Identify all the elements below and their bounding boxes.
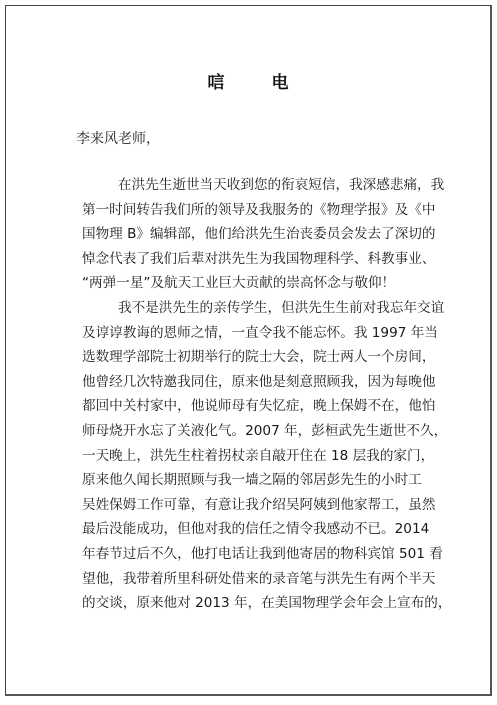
- letter-body: 在洪先生逝世当天收到您的衔哀短信，我深感悲痛，我第一时间转告我们所的领导及我服务…: [82, 173, 412, 616]
- body-line: 望他，我带着所里科研处借来的录音笔与洪先生有两个半天: [82, 567, 412, 592]
- body-line: 我不是洪先生的亲传学生，但洪先生生前对我忘年交谊: [82, 296, 412, 321]
- document-page: 唁 电 李来风老师， 在洪先生逝世当天收到您的衔哀短信，我深感悲痛，我第一时间转…: [5, 5, 492, 696]
- body-line: 第一时间转告我们所的领导及我服务的《物理学报》及《中: [82, 198, 412, 223]
- body-line: 选数理学部院士初期举行的院士大会，院士两人一个房间，: [82, 345, 412, 370]
- body-line: 都回中关村家中，他说师母有失忆症，晚上保姆不在，他怕: [82, 394, 412, 419]
- body-line: 一天晚上，洪先生柱着拐杖亲自敲开住在 18 层我的家门，: [82, 444, 412, 469]
- body-line: 在洪先生逝世当天收到您的衔哀短信，我深感悲痛，我: [82, 173, 412, 198]
- body-line: 国物理 B》编辑部，他们给洪先生治丧委员会发去了深切的: [82, 222, 412, 247]
- body-line: “两弹一星”及航天工业巨大贡献的崇高怀念与敬仰！: [82, 271, 412, 296]
- body-line: 师母烧开水忘了关液化气。2007 年，彭桓武先生逝世不久，: [82, 419, 412, 444]
- body-line: 最后没能成功，但他对我的信任之情令我感动不已。2014: [82, 517, 412, 542]
- salutation: 李来风老师，: [76, 128, 160, 148]
- document-title: 唁 电: [6, 68, 490, 93]
- body-line: 年春节过后不久，他打电话让我到他寄居的物科宾馆 501 看: [82, 542, 412, 567]
- body-line: 悼念代表了我们后辈对洪先生为我国物理科学、科教事业、: [82, 247, 412, 272]
- body-line: 吴姓保姆工作可靠，有意让我介绍吴阿姨到他家帮工，虽然: [82, 493, 412, 518]
- body-line: 他曾经几次特邀我同住，原来他是刻意照顾我，因为每晚他: [82, 370, 412, 395]
- body-line: 及谆谆教诲的恩师之情，一直令我不能忘怀。我 1997 年当: [82, 321, 412, 346]
- body-line: 的交谈，原来他对 2013 年，在美国物理学会年会上宣布的，: [82, 591, 412, 616]
- body-line: 原来他久闻长期照顾与我一墙之隔的邻居彭先生的小时工: [82, 468, 412, 493]
